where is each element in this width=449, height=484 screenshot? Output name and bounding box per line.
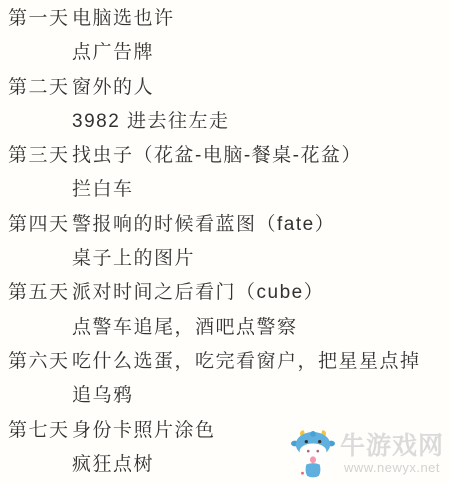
guide-line: 第五天派对时间之后看门（cube）	[8, 276, 449, 310]
guide-line: 点广告牌	[8, 36, 449, 70]
line-text: 拦白车	[72, 173, 134, 207]
watermark-site-name: 牛游戏网	[340, 433, 444, 460]
guide-line: 第四天警报响的时候看蓝图（fate）	[8, 208, 449, 242]
day-label: 第二天	[8, 71, 72, 105]
day-label: 第一天	[8, 2, 72, 36]
cow-mascot-icon	[291, 428, 335, 480]
guide-line: 追乌鸦	[8, 379, 449, 413]
guide-line: 第二天窗外的人	[8, 71, 449, 105]
watermark-site-url: www.newyx.net	[344, 460, 440, 475]
line-text: 点警车追尾，酒吧点警察	[72, 311, 298, 345]
watermark: 牛游戏网 www.newyx.net	[291, 428, 444, 480]
line-text: 警报响的时候看蓝图（fate）	[72, 208, 335, 242]
guide-line: 桌子上的图片	[8, 242, 449, 276]
guide-line: 拦白车	[8, 173, 449, 207]
guide-line: 第一天电脑选也许	[8, 2, 449, 36]
day-label: 第四天	[8, 208, 72, 242]
day-label: 第五天	[8, 276, 72, 310]
guide-line: 第三天找虫子（花盆-电脑-餐桌-花盆）	[8, 139, 449, 173]
line-text: 找虫子（花盆-电脑-餐桌-花盆）	[72, 139, 362, 173]
line-text: 点广告牌	[72, 36, 154, 70]
walkthrough-notes: 第一天电脑选也许 点广告牌 第二天窗外的人 3982 进去往左走 第三天找虫子（…	[0, 0, 449, 482]
day-label: 第三天	[8, 139, 72, 173]
line-text: 疯狂点树	[72, 448, 154, 482]
line-text: 电脑选也许	[72, 2, 175, 36]
guide-line: 点警车追尾，酒吧点警察	[8, 311, 449, 345]
line-text: 吃什么选蛋，吃完看窗户，把星星点掉	[72, 345, 421, 379]
guide-line: 3982 进去往左走	[8, 105, 449, 139]
line-text: 追乌鸦	[72, 379, 134, 413]
line-text: 桌子上的图片	[72, 242, 195, 276]
day-label: 第七天	[8, 414, 72, 448]
line-text: 窗外的人	[72, 71, 154, 105]
guide-line: 第六天吃什么选蛋，吃完看窗户，把星星点掉	[8, 345, 449, 379]
line-text: 派对时间之后看门（cube）	[72, 276, 324, 310]
line-text: 身份卡照片涂色	[72, 414, 216, 448]
line-text: 3982 进去往左走	[72, 105, 230, 139]
day-label: 第六天	[8, 345, 72, 379]
